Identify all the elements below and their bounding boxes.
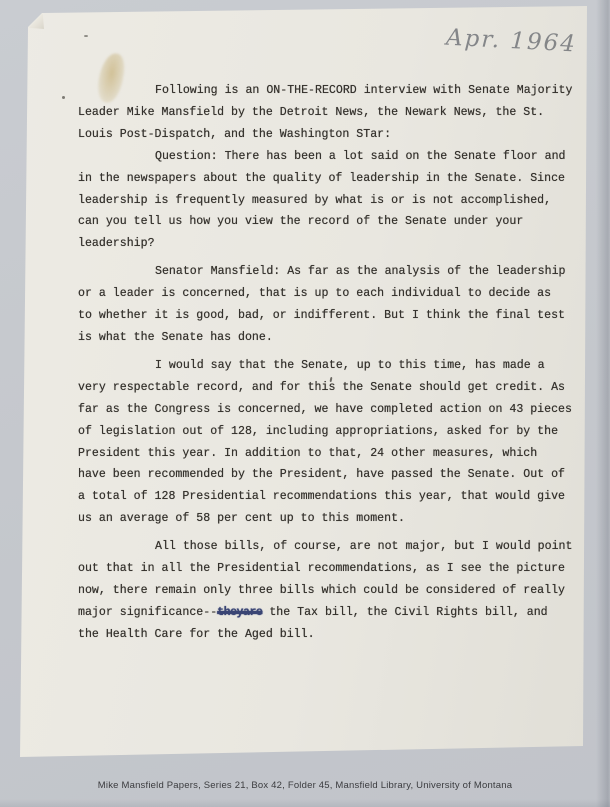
scan-shadow-right bbox=[596, 0, 610, 807]
paragraph: Following is an ON-THE-RECORD interview … bbox=[78, 80, 580, 146]
struck-out-word: theyare bbox=[217, 606, 262, 619]
typed-line: out that in all the Presidential recomme… bbox=[78, 558, 580, 580]
typed-line: of legislation out of 128, including app… bbox=[78, 421, 580, 443]
typed-line: Leader Mike Mansfield by the Detroit New… bbox=[78, 102, 580, 124]
typed-line: to whether it is good, bad, or indiffere… bbox=[78, 305, 580, 327]
typed-line: Senator Mansfield: As far as the analysi… bbox=[78, 261, 580, 283]
paragraph: Senator Mansfield: As far as the analysi… bbox=[78, 261, 580, 349]
typed-line: us an average of 58 per cent up to this … bbox=[78, 508, 580, 530]
typed-line: is what the Senate has done. bbox=[78, 327, 580, 349]
typed-line: far as the Congress is concerned, we hav… bbox=[78, 399, 580, 421]
typed-line: leadership? bbox=[78, 233, 580, 255]
typed-line: have been recommended by the President, … bbox=[78, 464, 580, 486]
paragraph: All those bills, of course, are not majo… bbox=[78, 536, 580, 646]
typed-line: in the newspapers about the quality of l… bbox=[78, 168, 580, 190]
typed-line: or a leader is concerned, that is up to … bbox=[78, 283, 580, 305]
typed-line: President this year. In addition to that… bbox=[78, 443, 580, 465]
paper-speck bbox=[84, 35, 88, 37]
typed-line: Question: There has been a lot said on t… bbox=[78, 146, 580, 168]
typed-line: very respectable record, and for this th… bbox=[78, 377, 580, 399]
document-page: Apr. 1964 Following is an ON-THE-RECORD … bbox=[0, 0, 610, 807]
typed-line: All those bills, of course, are not majo… bbox=[78, 536, 580, 558]
handwritten-date: Apr. 1964 bbox=[445, 25, 576, 58]
archive-caption: Mike Mansfield Papers, Series 21, Box 42… bbox=[0, 780, 610, 791]
typed-line: the Health Care for the Aged bill. bbox=[78, 624, 580, 646]
scanned-document-view: Apr. 1964 Following is an ON-THE-RECORD … bbox=[0, 0, 610, 807]
scan-shadow-bottom bbox=[0, 799, 610, 807]
document-body: Following is an ON-THE-RECORD interview … bbox=[78, 80, 580, 646]
typed-line: can you tell us how you view the record … bbox=[78, 211, 580, 233]
paragraph: Question: There has been a lot said on t… bbox=[78, 146, 580, 256]
typed-line: major significance--theyare the Tax bill… bbox=[78, 602, 580, 624]
paragraph: I would say that the Senate, up to this … bbox=[78, 355, 580, 530]
folded-corner bbox=[28, 13, 44, 29]
typed-line: leadership is frequently measured by wha… bbox=[78, 190, 580, 212]
paper-speck bbox=[62, 96, 65, 99]
typed-line: Louis Post-Dispatch, and the Washington … bbox=[78, 124, 580, 146]
typed-line: a total of 128 Presidential recommendati… bbox=[78, 486, 580, 508]
typed-line: I would say that the Senate, up to this … bbox=[78, 355, 580, 377]
typed-line: Following is an ON-THE-RECORD interview … bbox=[78, 80, 580, 102]
typed-line: now, there remain only three bills which… bbox=[78, 580, 580, 602]
